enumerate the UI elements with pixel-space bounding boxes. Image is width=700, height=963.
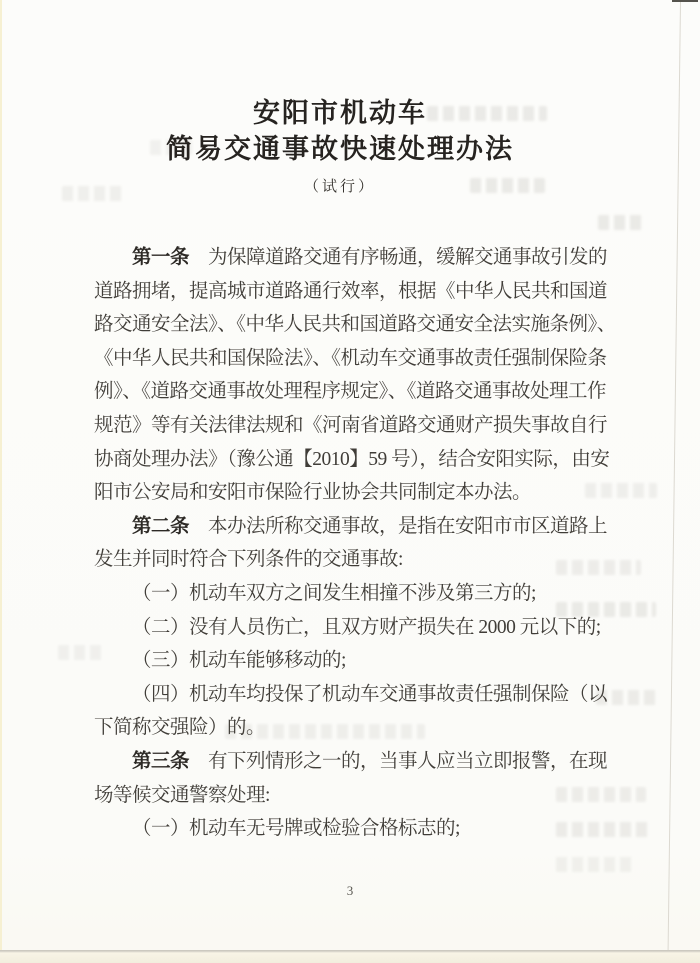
text-line: 例》、《道路交通事故处理程序规定》、《道路交通事故处理工作 bbox=[94, 375, 654, 409]
article-2-label: 第二条 bbox=[132, 516, 189, 537]
page-bottom-edge-shadow bbox=[0, 950, 700, 963]
text-line: 发生并同时符合下列条件的交通事故: bbox=[94, 543, 654, 577]
text-line-item-4: （四）机动车均投保了机动车交通事故责任强制保险（以 bbox=[94, 678, 654, 712]
text-line-item-3: （三）机动车能够移动的; bbox=[94, 644, 654, 678]
text-line-article-1: 第一条 为保障道路交通有序畅通，缓解交通事故引发的 bbox=[94, 241, 654, 275]
text-line-item-1-article-3: （一）机动车无号牌或检验合格标志的; bbox=[94, 812, 654, 846]
text-line-item-2: （二）没有人员伤亡，且双方财产损失在 2000 元以下的; bbox=[94, 611, 654, 645]
text-line: 《中华人民共和国保险法》、《机动车交通事故责任强制保险条 bbox=[94, 342, 654, 376]
article-1-label: 第一条 bbox=[132, 247, 189, 268]
document-title-line-1: 安阳市机动车 bbox=[0, 96, 680, 130]
text-line: 协商处理办法》（豫公通【2010】59 号），结合安阳实际，由安 bbox=[94, 443, 654, 477]
text-line-article-2: 第二条 本办法所称交通事故，是指在安阳市市区道路上 bbox=[94, 510, 654, 544]
document-subtitle-trial: （试行） bbox=[0, 176, 680, 198]
document-title-line-2: 简易交通事故快速处理办法 bbox=[0, 130, 680, 168]
scanned-document-page: 安阳市机动车 简易交通事故快速处理办法 （试行） 第一条 为保障道路交通有序畅通… bbox=[0, 0, 700, 963]
text-line: 规范》等有关法律法规和《河南省道路交通财产损失事故自行 bbox=[94, 409, 654, 443]
text-line-item-1: （一）机动车双方之间发生相撞不涉及第三方的; bbox=[94, 577, 654, 611]
text-line: 道路拥堵，提高城市道路通行效率，根据《中华人民共和国道 bbox=[94, 275, 654, 309]
text-line: 下简称交强险）的。 bbox=[94, 711, 654, 745]
page-number: 3 bbox=[0, 882, 700, 900]
scan-corner-mark bbox=[672, 0, 698, 2]
text-line: 路交通安全法》、《中华人民共和国道路交通安全法实施条例》、 bbox=[94, 308, 654, 342]
document-title-block: 安阳市机动车 简易交通事故快速处理办法 （试行） bbox=[0, 96, 680, 198]
bleed-through-mark bbox=[556, 857, 634, 872]
text-line: 阳市公安局和安阳市保险行业协会共同制定本办法。 bbox=[94, 476, 654, 510]
document-body: 第一条 为保障道路交通有序畅通，缓解交通事故引发的 道路拥堵，提高城市道路通行效… bbox=[94, 241, 654, 846]
bleed-through-mark bbox=[598, 215, 644, 230]
article-3-label: 第三条 bbox=[132, 751, 189, 772]
text-line-article-3: 第三条 有下列情形之一的，当事人应当立即报警，在现 bbox=[94, 745, 654, 779]
text-line: 场等候交通警察处理: bbox=[94, 779, 654, 813]
